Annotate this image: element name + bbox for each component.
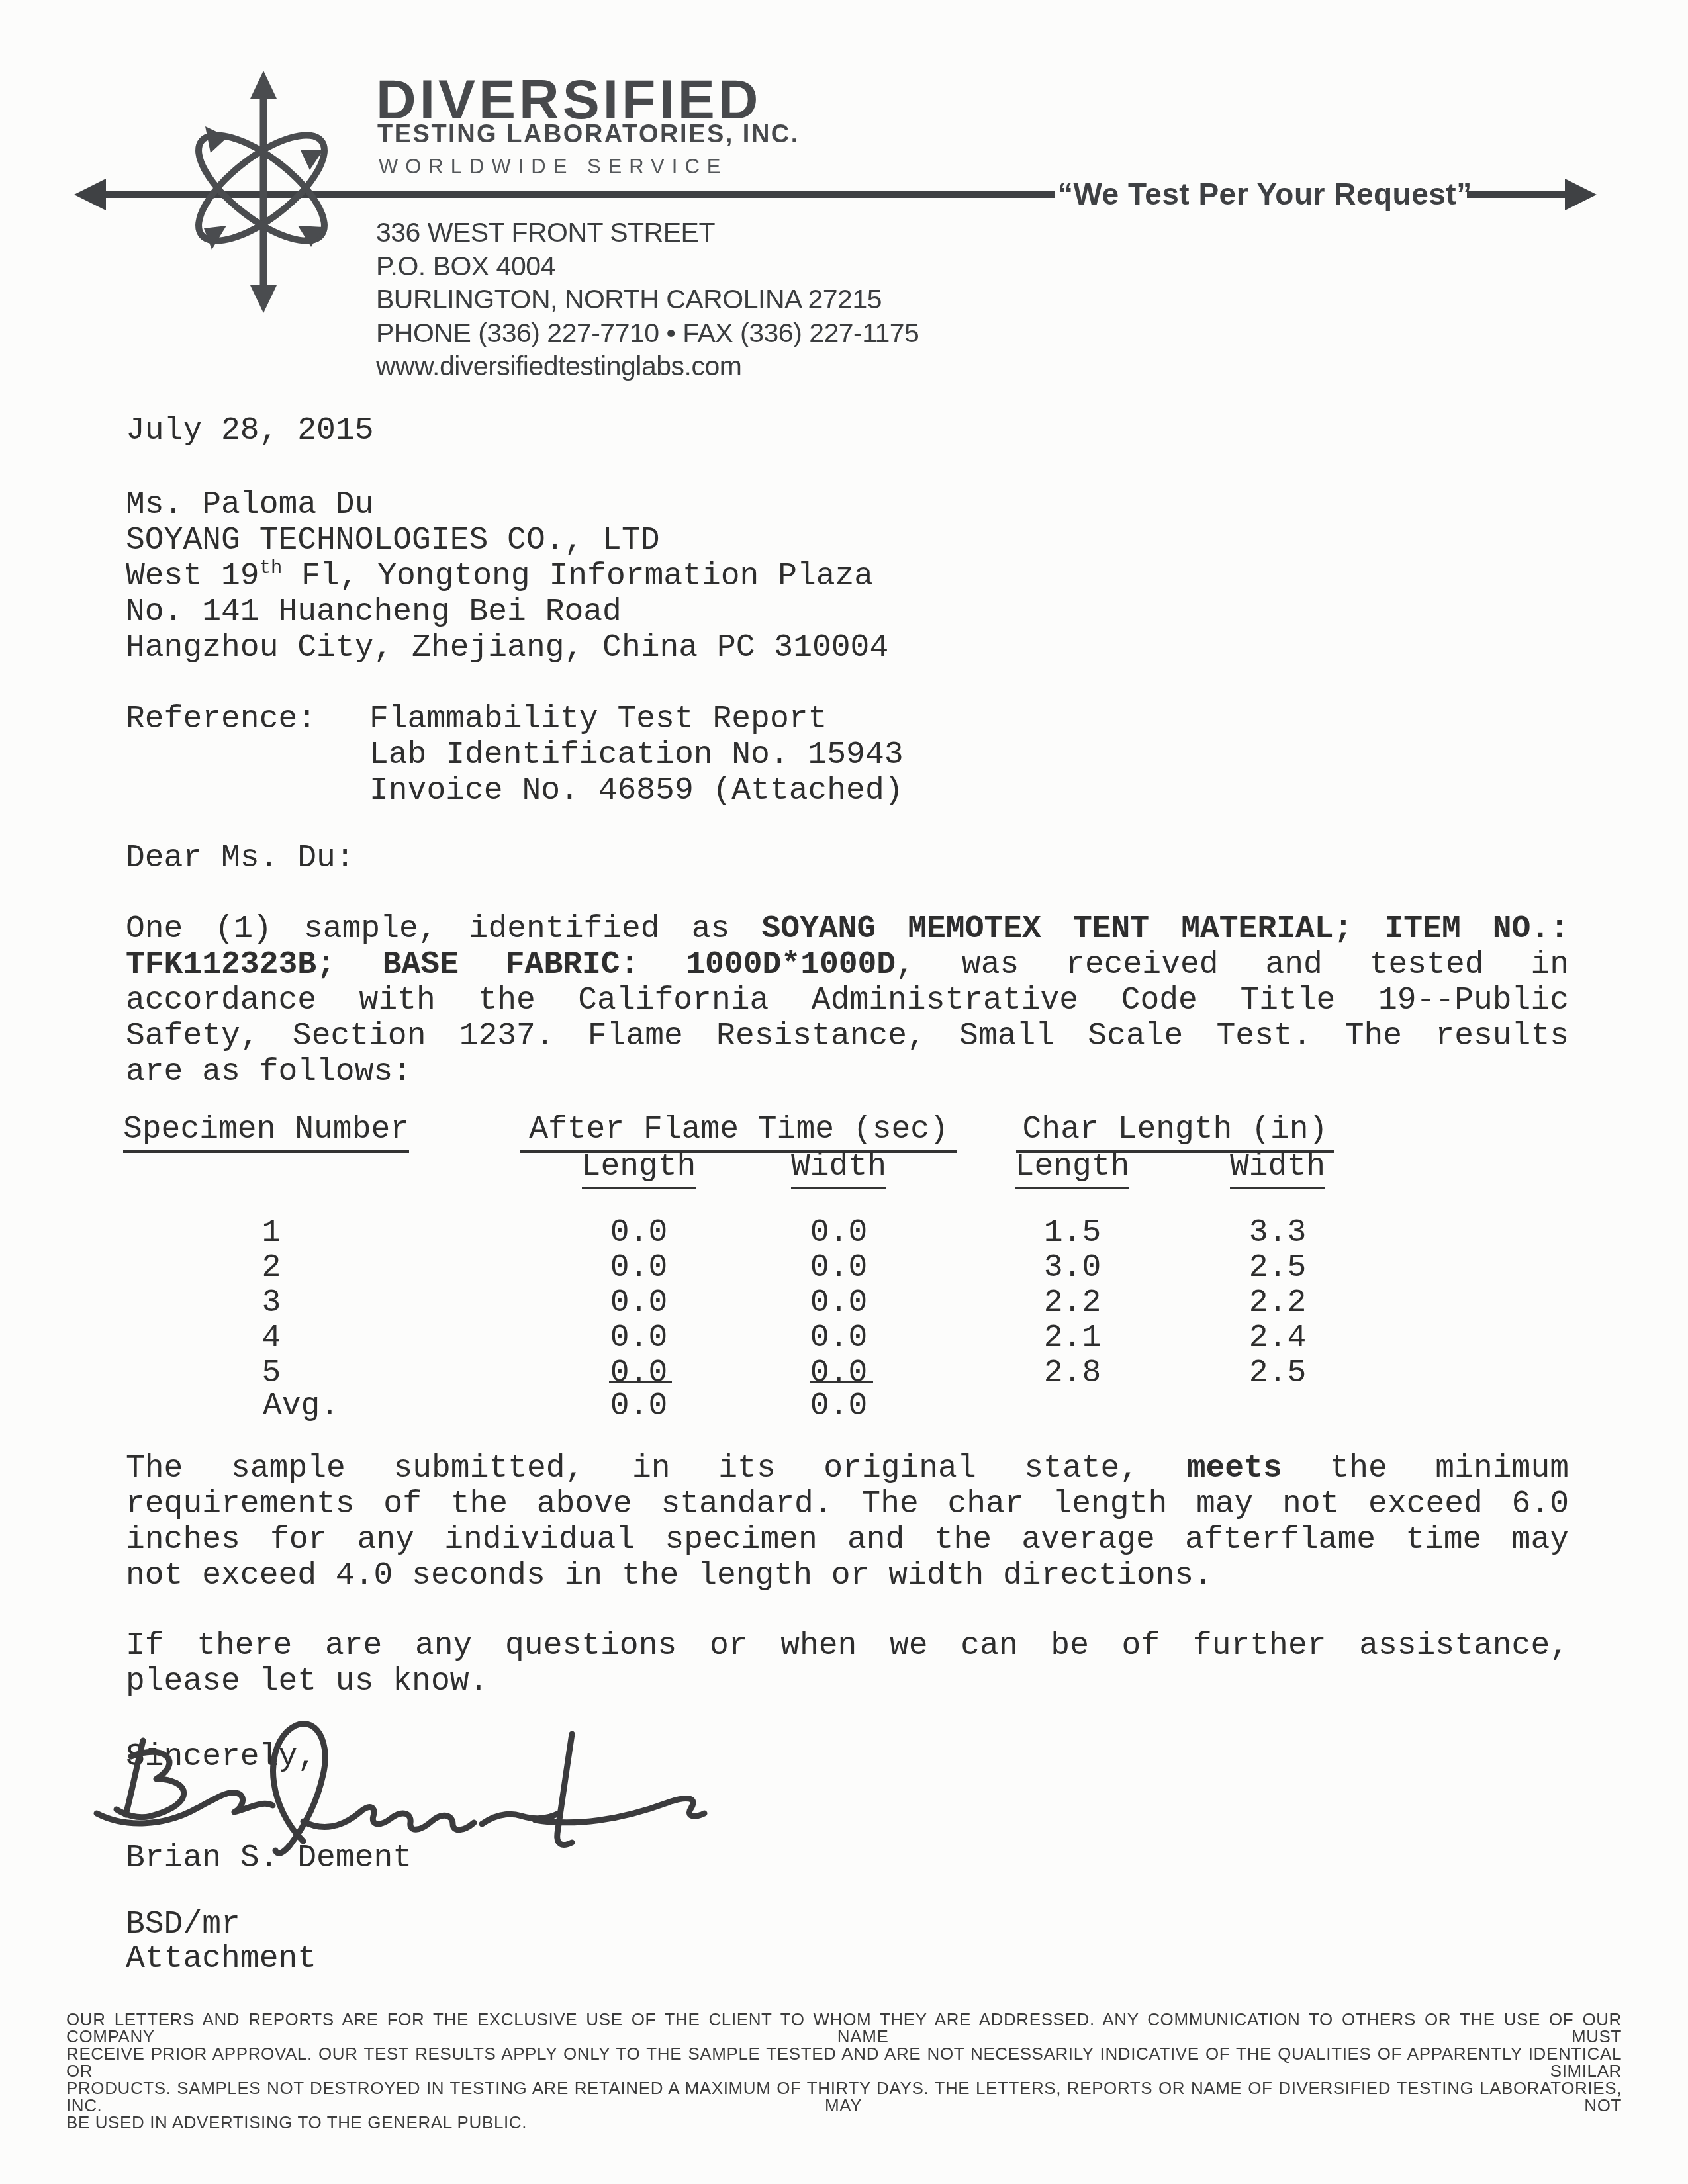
table-subheader-width: Width xyxy=(791,1149,886,1189)
table-cell: 4 xyxy=(199,1320,344,1356)
table-cell: 0.0 xyxy=(766,1285,912,1321)
results-table: Specimen Number After Flame Time (sec) C… xyxy=(123,1099,1569,1410)
paragraph-1: One (1) sample, identified as SOYANG MEM… xyxy=(126,911,1569,1090)
company-type: TESTING LABORATORIES, INC. xyxy=(377,120,800,149)
salutation: Dear Ms. Du: xyxy=(126,841,355,876)
table-cell: 1.5 xyxy=(1000,1215,1145,1251)
reference-lines: Flammability Test ReportLab Identificati… xyxy=(369,702,904,809)
footer-disclaimer: OUR LETTERS AND REPORTS ARE FOR THE EXCL… xyxy=(66,2011,1622,2131)
table-subheader-length: Length xyxy=(582,1149,696,1189)
table-cell: 2.4 xyxy=(1205,1320,1350,1356)
avg-value: 0.0 xyxy=(766,1388,912,1424)
letter-page: “We Test Per Your Request” DIVERSIFIED T… xyxy=(0,0,1688,2184)
company-slogan: “We Test Per Your Request” xyxy=(1058,176,1472,212)
reference-label: Reference: xyxy=(126,702,316,737)
table-cell: 2.2 xyxy=(1205,1285,1350,1321)
avg-value: 0.0 xyxy=(566,1388,712,1424)
table-cell: 3.3 xyxy=(1205,1215,1350,1251)
right-arrowhead-icon xyxy=(1565,179,1597,210)
table-cell: 2.8 xyxy=(1000,1355,1145,1391)
table-cell: 0.0 xyxy=(766,1355,912,1391)
table-cell: 2.5 xyxy=(1205,1250,1350,1286)
table-cell: 2.2 xyxy=(1000,1285,1145,1321)
paragraph-2: The sample submitted, in its original st… xyxy=(126,1451,1569,1594)
signer-name: Brian S. Dement xyxy=(126,1841,412,1876)
table-cell: 2.5 xyxy=(1205,1355,1350,1391)
table-cell: 2 xyxy=(199,1250,344,1286)
enclosure-note: Attachment xyxy=(126,1941,316,1977)
table-cell: 1 xyxy=(199,1215,344,1251)
table-subheader-length: Length xyxy=(1015,1149,1130,1189)
table-header-afterflame: After Flame Time (sec) xyxy=(520,1112,957,1153)
table-cell: 3 xyxy=(199,1285,344,1321)
letter-date: July 28, 2015 xyxy=(126,413,373,449)
table-cell: 0.0 xyxy=(566,1285,712,1321)
typist-initials: BSD/mr xyxy=(126,1907,240,1942)
table-cell: 5 xyxy=(199,1355,344,1391)
sum-rule xyxy=(810,1381,873,1383)
avg-label: Avg. xyxy=(263,1388,339,1424)
table-header-specimen: Specimen Number xyxy=(123,1112,409,1153)
recipient-address: Ms. Paloma DuSOYANG TECHNOLOGIES CO., LT… xyxy=(126,487,888,666)
table-cell: 0.0 xyxy=(566,1250,712,1286)
table-cell: 0.0 xyxy=(566,1355,712,1391)
table-cell: 3.0 xyxy=(1000,1250,1145,1286)
table-cell: 2.1 xyxy=(1000,1320,1145,1356)
atom-logo-icon xyxy=(165,63,364,321)
paragraph-3: If there are any questions or when we ca… xyxy=(126,1628,1569,1700)
company-service-line: WORLDWIDE SERVICE xyxy=(379,155,727,179)
table-header-charlength: Char Length (in) xyxy=(1016,1112,1334,1153)
table-cell: 0.0 xyxy=(566,1320,712,1356)
table-cell: 0.0 xyxy=(766,1250,912,1286)
sum-rule xyxy=(609,1381,672,1383)
company-name: DIVERSIFIED xyxy=(376,71,761,127)
header-rule-right xyxy=(1467,191,1566,198)
company-address: 336 WEST FRONT STREETP.O. BOX 4004BURLIN… xyxy=(376,216,919,383)
table-cell: 0.0 xyxy=(566,1215,712,1251)
table-subheader-width: Width xyxy=(1230,1149,1325,1189)
left-arrowhead-icon xyxy=(74,179,106,210)
table-cell: 0.0 xyxy=(766,1215,912,1251)
table-cell: 0.0 xyxy=(766,1320,912,1356)
